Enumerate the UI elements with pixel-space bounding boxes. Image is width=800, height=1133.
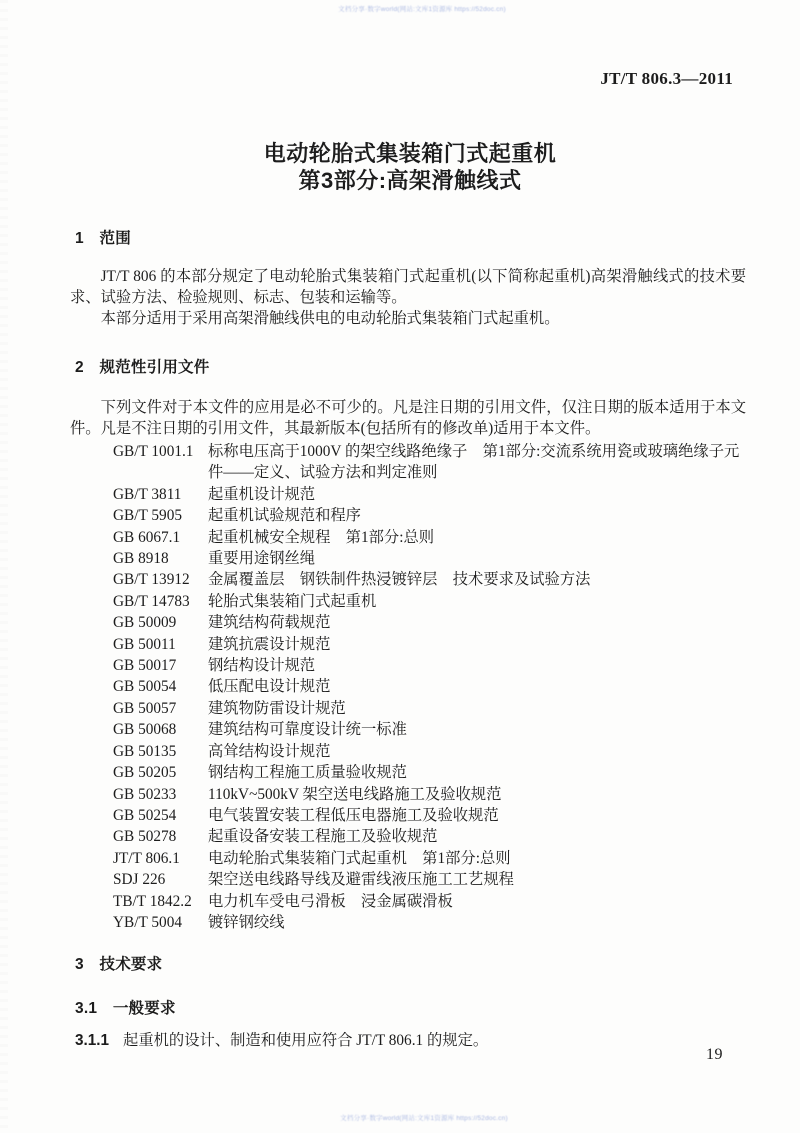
reference-code: GB/T 3811 [113, 484, 208, 505]
reference-code: GB 50054 [113, 676, 208, 697]
reference-row: GB/T 13912 金属覆盖层 钢铁制件热浸镀锌层 技术要求及试验方法 [70, 569, 746, 590]
reference-title: 金属覆盖层 钢铁制件热浸镀锌层 技术要求及试验方法 [208, 569, 746, 590]
reference-row: GB 50009 建筑结构荷载规范 [70, 612, 746, 633]
reference-title: 110kV~500kV 架空送电线路施工及验收规范 [208, 784, 746, 805]
reference-row: GB 50011 建筑抗震设计规范 [70, 634, 746, 655]
reference-code: YB/T 5004 [113, 912, 208, 933]
reference-row: GB 6067.1 起重机械安全规程 第1部分:总则 [70, 527, 746, 548]
reference-row: GB 50135 高耸结构设计规范 [70, 741, 746, 762]
clause-3-1-1-number: 3.1.1 [75, 1032, 109, 1049]
reference-code: GB 50278 [113, 826, 208, 847]
reference-code: SDJ 226 [113, 869, 208, 890]
section-3-heading: 3 技术要求 [75, 952, 162, 974]
section-1-heading: 1 范围 [75, 226, 131, 248]
reference-row: GB 50254 电气装置安装工程低压电器施工及验收规范 [70, 805, 746, 826]
reference-title: 镀锌钢绞线 [208, 912, 746, 933]
page-number: 19 [706, 1046, 723, 1064]
standard-number: JT/T 806.3—2011 [600, 69, 733, 89]
reference-code: TB/T 1842.2 [113, 891, 208, 912]
reference-code: GB 6067.1 [113, 527, 208, 548]
reference-title: 建筑结构荷载规范 [208, 612, 746, 633]
reference-title: 轮胎式集装箱门式起重机 [208, 591, 746, 612]
reference-title: 电动轮胎式集装箱门式起重机 第1部分:总则 [208, 848, 746, 869]
reference-row: GB 50068 建筑结构可靠度设计统一标准 [70, 719, 746, 740]
reference-code: JT/T 806.1 [113, 848, 208, 869]
reference-row: GB 50278 起重设备安装工程施工及验收规范 [70, 826, 746, 847]
reference-row: GB 8918 重要用途钢丝绳 [70, 548, 746, 569]
section-2-intro: 下列文件对于本文件的应用是必不可少的。凡是注日期的引用文件，仅注日期的版本适用于… [70, 397, 746, 439]
watermark-bottom: 文档分享·数字world(网站:文库1资源库 https://52doc.cn) [0, 1113, 800, 1122]
section-3-1-heading: 3.1 一般要求 [75, 996, 176, 1018]
reference-row: GB 50205 钢结构工程施工质量验收规范 [70, 762, 746, 783]
reference-row: SDJ 226 架空送电线路导线及避雷线液压施工工艺规程 [70, 869, 746, 890]
reference-title: 高耸结构设计规范 [208, 741, 746, 762]
reference-title: 低压配电设计规范 [208, 676, 746, 697]
reference-code: GB 50017 [113, 655, 208, 676]
reference-code: GB 50057 [113, 698, 208, 719]
section-1-paragraph-1: JT/T 806 的本部分规定了电动轮胎式集装箱门式起重机(以下简称起重机)高架… [70, 266, 746, 308]
reference-title: 电力机车受电弓滑板 浸金属碳滑板 [208, 891, 746, 912]
document-title-line2: 第3部分:高架滑触线式 [20, 167, 800, 194]
reference-title: 建筑结构可靠度设计统一标准 [208, 719, 746, 740]
section-2-intro-paragraph: 下列文件对于本文件的应用是必不可少的。凡是注日期的引用文件，仅注日期的版本适用于… [70, 397, 746, 439]
document-page: 文档分享·数字world(网站:文库1资源库 https://52doc.cn)… [0, 0, 800, 1133]
reference-row: GB 50017 钢结构设计规范 [70, 655, 746, 676]
reference-row: GB/T 14783 轮胎式集装箱门式起重机 [70, 591, 746, 612]
reference-title: 起重机试验规范和程序 [208, 505, 746, 526]
reference-row: JT/T 806.1 电动轮胎式集装箱门式起重机 第1部分:总则 [70, 848, 746, 869]
section-1-body: JT/T 806 的本部分规定了电动轮胎式集装箱门式起重机(以下简称起重机)高架… [70, 266, 746, 330]
reference-title: 起重设备安装工程施工及验收规范 [208, 826, 746, 847]
reference-row: GB/T 3811 起重机设计规范 [70, 484, 746, 505]
reference-code: GB/T 13912 [113, 569, 208, 590]
reference-code: GB 50233 [113, 784, 208, 805]
reference-code: GB 50135 [113, 741, 208, 762]
section-1-paragraph-2: 本部分适用于采用高架滑触线供电的电动轮胎式集装箱门式起重机。 [70, 308, 746, 329]
reference-code: GB/T 14783 [113, 591, 208, 612]
reference-title: 钢结构设计规范 [208, 655, 746, 676]
references-list: GB/T 1001.1 标称电压高于1000V 的架空线路绝缘子 第1部分:交流… [70, 441, 746, 933]
reference-row: YB/T 5004 镀锌钢绞线 [70, 912, 746, 933]
reference-row: GB 50057 建筑物防雷设计规范 [70, 698, 746, 719]
reference-title: 重要用途钢丝绳 [208, 548, 746, 569]
reference-title: 起重机设计规范 [208, 484, 746, 505]
reference-code: GB 50254 [113, 805, 208, 826]
clause-3-1-1-text: 起重机的设计、制造和使用应符合 JT/T 806.1 的规定。 [123, 1032, 488, 1049]
reference-title: 建筑抗震设计规范 [208, 634, 746, 655]
reference-code: GB 50205 [113, 762, 208, 783]
reference-row: GB/T 5905 起重机试验规范和程序 [70, 505, 746, 526]
reference-code: GB 8918 [113, 548, 208, 569]
reference-title: 架空送电线路导线及避雷线液压施工工艺规程 [208, 869, 746, 890]
document-title-line1: 电动轮胎式集装箱门式起重机 [20, 140, 800, 167]
reference-code: GB/T 5905 [113, 505, 208, 526]
reference-row: GB/T 1001.1 标称电压高于1000V 的架空线路绝缘子 第1部分:交流… [70, 441, 746, 484]
clause-3-1-1: 3.1.1起重机的设计、制造和使用应符合 JT/T 806.1 的规定。 [75, 1030, 746, 1051]
reference-code: GB/T 1001.1 [113, 441, 208, 484]
watermark-top: 文档分享·数字world(网站:文库1资源库 https://52doc.cn) [0, 4, 800, 13]
section-2-heading: 2 规范性引用文件 [75, 355, 209, 377]
reference-title: 起重机械安全规程 第1部分:总则 [208, 527, 746, 548]
reference-title: 标称电压高于1000V 的架空线路绝缘子 第1部分:交流系统用瓷或玻璃绝缘子元 … [208, 441, 746, 484]
reference-row: GB 50054 低压配电设计规范 [70, 676, 746, 697]
reference-title: 钢结构工程施工质量验收规范 [208, 762, 746, 783]
document-title: 电动轮胎式集装箱门式起重机 第3部分:高架滑触线式 [0, 140, 800, 194]
reference-row: TB/T 1842.2 电力机车受电弓滑板 浸金属碳滑板 [70, 891, 746, 912]
reference-code: GB 50009 [113, 612, 208, 633]
reference-title: 建筑物防雷设计规范 [208, 698, 746, 719]
reference-code: GB 50068 [113, 719, 208, 740]
reference-title: 电气装置安装工程低压电器施工及验收规范 [208, 805, 746, 826]
reference-row: GB 50233 110kV~500kV 架空送电线路施工及验收规范 [70, 784, 746, 805]
reference-code: GB 50011 [113, 634, 208, 655]
